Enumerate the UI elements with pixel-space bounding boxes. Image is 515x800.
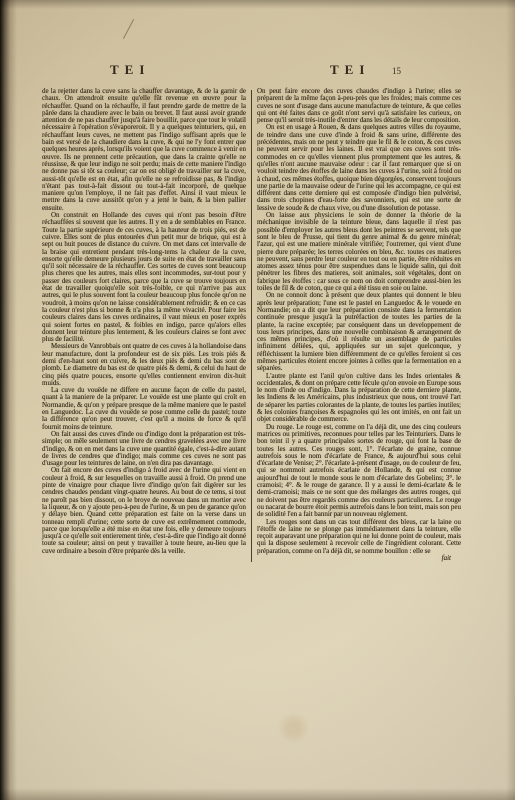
- running-title-left: TEI: [110, 62, 150, 78]
- paragraph: Du rouge. Le rouge est, comme on l'a déj…: [257, 424, 461, 519]
- book-page-photo: TEI TEI 15 de la rejetter dans la cuve s…: [0, 0, 515, 800]
- paragraph: On construit en Hollande des cuves qui n…: [42, 212, 246, 343]
- page-content: TEI TEI 15 de la rejetter dans la cuve s…: [42, 62, 462, 562]
- paragraph: On est en usage à Rouen, & dans quelques…: [257, 124, 461, 212]
- paragraph: On peut faire encore des cuves chaudes d…: [257, 88, 461, 124]
- paragraph: On laisse aux physiciens le soin de donn…: [257, 212, 461, 292]
- paper-scratch-mark: [123, 19, 134, 39]
- page-number: 15: [392, 66, 401, 76]
- paragraph: On fait encore des cuves d'indigo à froi…: [42, 467, 246, 555]
- catchword: fait: [257, 555, 461, 562]
- paragraph: La cuve du vouëde ne differe en aucune f…: [42, 387, 246, 431]
- paragraph: L'autre plante est l'anil qu'on cultive …: [257, 373, 461, 424]
- paragraph: Les rouges sont dans un cas tout différe…: [257, 519, 461, 555]
- running-header: TEI TEI 15: [42, 62, 462, 86]
- paragraph: Messieurs de Vanrobbais ont quatre de ce…: [42, 343, 246, 387]
- left-column: de la rejetter dans la cuve sans la chau…: [42, 88, 246, 562]
- paragraph: On ne connoit donc à présent que deux pl…: [257, 292, 461, 372]
- running-title-right: TEI: [330, 62, 370, 78]
- right-column: On peut faire encore des cuves chaudes d…: [257, 88, 461, 562]
- text-columns: de la rejetter dans la cuve sans la chau…: [42, 88, 462, 562]
- paragraph: On fait aussi des cuves d'inde ou d'indi…: [42, 431, 246, 467]
- column-divider-rule: [251, 90, 252, 562]
- paragraph: de la rejetter dans la cuve sans la chau…: [42, 88, 246, 212]
